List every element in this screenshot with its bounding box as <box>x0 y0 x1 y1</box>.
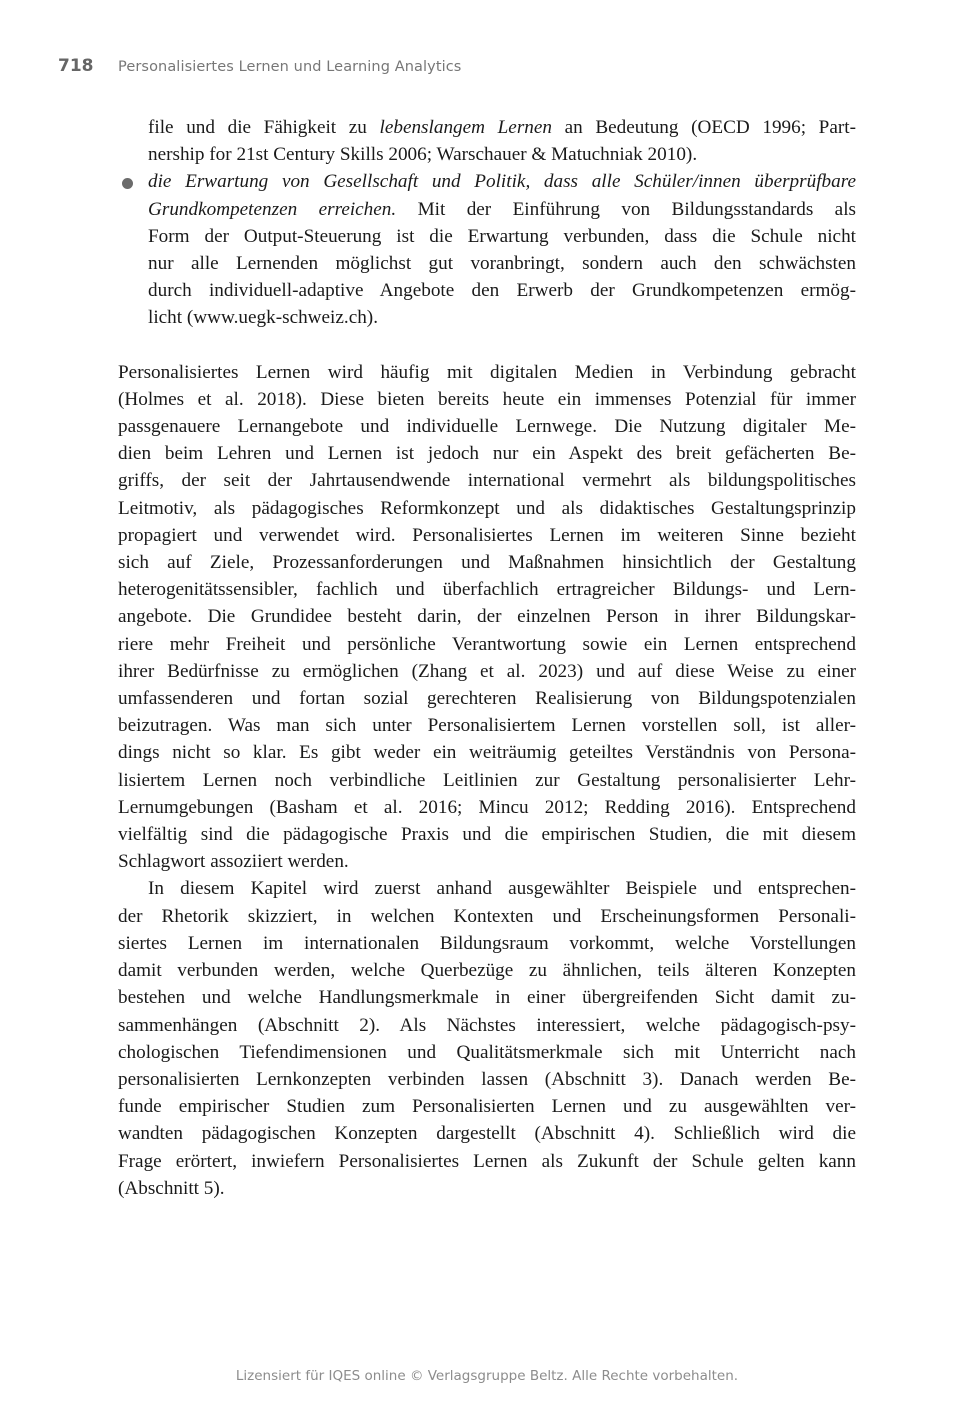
text-line: personalisierten Lernkonzepten verbinden… <box>118 1066 856 1093</box>
list-item: die Erwartung von Gesellschaft und Polit… <box>148 168 856 331</box>
body-text: file und die Fähigkeit zu lebenslangem L… <box>118 114 856 1202</box>
paragraph-intro: Personalisiertes Lernen wird häufig mit … <box>118 359 856 876</box>
running-title: Personalisiertes Lernen und Learning Ana… <box>118 59 461 75</box>
text-line: angebote. Die Grundidee besteht darin, d… <box>118 603 856 630</box>
text-line: Personalisiertes Lernen wird häufig mit … <box>118 359 856 386</box>
text-line: damit verbunden werden, welche Querbezüg… <box>118 957 856 984</box>
text-line: riere mehr Freiheit und persönliche Vera… <box>118 631 856 658</box>
text-line: dings nicht so klar. Es gibt weder ein w… <box>118 739 856 766</box>
list-item-continued: file und die Fähigkeit zu lebenslangem L… <box>148 114 856 168</box>
text-line: griffs, der seit der Jahrtausendwende in… <box>118 467 856 494</box>
text-line: der Rhetorik skizziert, in welchen Konte… <box>118 903 856 930</box>
text-line: beizutragen. Was man sich unter Personal… <box>118 712 856 739</box>
text-line: nership for 21st Century Skills 2006; Wa… <box>148 141 856 168</box>
text-line: nur alle Lernenden möglichst gut voranbr… <box>148 250 856 277</box>
text-line: durch individuell-adaptive Angebote den … <box>148 277 856 304</box>
text-line: Form der Output-Steuerung ist die Erwart… <box>148 223 856 250</box>
text-line: passgenauere Lernangebote und individuel… <box>118 413 856 440</box>
text-line: dien beim Lehren und Lernen ist jedoch n… <box>118 440 856 467</box>
text-line: vielfältig sind die pädagogische Praxis … <box>118 821 856 848</box>
text-line: lisiertem Lernen noch verbindliche Leitl… <box>118 767 856 794</box>
text-line: file und die Fähigkeit zu lebenslangem L… <box>148 114 856 141</box>
text-line: In diesem Kapitel wird zuerst anhand aus… <box>118 875 856 902</box>
text-line: sammenhängen (Abschnitt 2). Als Nächstes… <box>118 1012 856 1039</box>
text-line: (Holmes et al. 2018). Diese bieten berei… <box>118 386 856 413</box>
text-line: Lernumgebungen (Basham et al. 2016; Minc… <box>118 794 856 821</box>
text-line: (Abschnitt 5). <box>118 1175 856 1202</box>
paragraph-chapter-overview: In diesem Kapitel wird zuerst anhand aus… <box>118 875 856 1201</box>
text-line: bestehen und welche Handlungsmerkmale in… <box>118 984 856 1011</box>
text-line: chologischen Tiefendimensionen und Quali… <box>118 1039 856 1066</box>
text-line: heterogenitätssensibler, fachlich und üb… <box>118 576 856 603</box>
text-line: ihrer Bedürfnisse zu ermöglichen (Zhang … <box>118 658 856 685</box>
text-line: wandten pädagogischen Konzepten dargeste… <box>118 1120 856 1147</box>
bullet-icon <box>122 178 133 189</box>
text-line: umfassenderen und fortan sozial gerechte… <box>118 685 856 712</box>
text-line: licht (www.uegk-schweiz.ch). <box>148 304 856 331</box>
text-line: sich auf Ziele, Prozessanforderungen und… <box>118 549 856 576</box>
running-head: 718 Personalisiertes Lernen und Learning… <box>58 56 461 76</box>
text-line: Leitmotiv, als pädagogisches Reformkonze… <box>118 495 856 522</box>
text-line: funde empirischer Studien zum Personalis… <box>118 1093 856 1120</box>
text-line: Grundkompetenzen erreichen. Mit der Einf… <box>148 196 856 223</box>
page-number: 718 <box>58 56 118 76</box>
text-line: Frage erörtert, inwiefern Personalisiert… <box>118 1148 856 1175</box>
text-line: propagiert und verwendet wird. Personali… <box>118 522 856 549</box>
text-line: siertes Lernen im internationalen Bildun… <box>118 930 856 957</box>
paragraph-gap <box>118 332 856 359</box>
text-line: die Erwartung von Gesellschaft und Polit… <box>148 168 856 195</box>
license-footer: Lizensiert für IQES online © Verlagsgrup… <box>0 1368 974 1384</box>
text-line: Schlagwort assoziiert werden. <box>118 848 856 875</box>
